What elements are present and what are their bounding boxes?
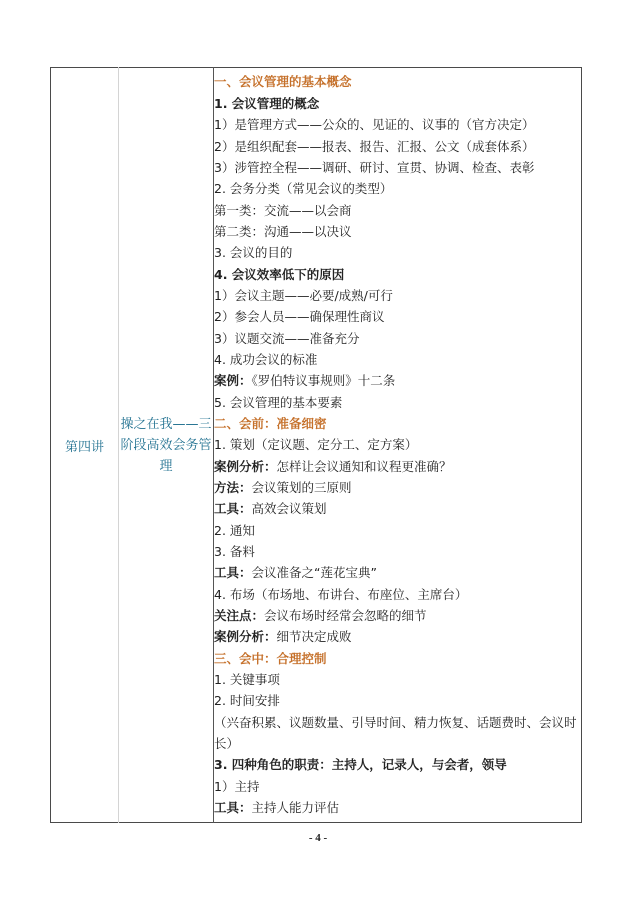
- document-page: 第四讲 操之在我——三阶段高效会务管理 一、会议管理的基本概念1. 会议管理的概…: [0, 0, 636, 900]
- content-line: （兴奋积累、议题数量、引导时间、精力恢复、话题费时、会议时长）: [214, 712, 581, 755]
- line-text: 4. 成功会议的标准: [214, 352, 317, 367]
- lecture-cell: 第四讲: [51, 68, 119, 823]
- line-label: 工具：: [214, 501, 252, 516]
- content-line: 3）涉管控全程——调研、研讨、宣贯、协调、检查、表彰: [214, 157, 581, 178]
- content-line: 3）议题交流——准备充分: [214, 328, 581, 349]
- course-outline-table: 第四讲 操之在我——三阶段高效会务管理 一、会议管理的基本概念1. 会议管理的概…: [50, 67, 582, 823]
- line-text: 第二类：沟通——以决议: [214, 224, 352, 239]
- line-text: 二、会前：准备细密: [214, 416, 327, 431]
- line-text: 1）是管理方式——公众的、见证的、议事的（官方决定）: [214, 117, 534, 132]
- content-line: 2）参会人员——确保理性商议: [214, 306, 581, 327]
- content-line: 方法：会议策划的三原则: [214, 477, 581, 498]
- content-line: 2）是组织配套——报表、报告、汇报、公文（成套体系）: [214, 136, 581, 157]
- line-text: 5. 会议管理的基本要素: [214, 395, 342, 410]
- line-text: 3. 备料: [214, 544, 255, 559]
- line-text: 一、会议管理的基本概念: [214, 74, 352, 89]
- line-text: 会议准备之“莲花宝典”: [252, 565, 377, 580]
- line-text: 2）参会人员——确保理性商议: [214, 309, 384, 324]
- content-line: 2. 会务分类（常见会议的类型）: [214, 178, 581, 199]
- line-text: 2. 通知: [214, 523, 255, 538]
- content-line: 案例：《罗伯特议事规则》十二条: [214, 370, 581, 391]
- page-number: - 4 -: [0, 832, 636, 844]
- line-text: 2）是组织配套——报表、报告、汇报、公文（成套体系）: [214, 139, 534, 154]
- content-line: 4. 成功会议的标准: [214, 349, 581, 370]
- section-heading: 一、会议管理的基本概念: [214, 71, 581, 92]
- line-text: 会议布场时经常会忽略的细节: [264, 608, 427, 623]
- content-line: 3. 备料: [214, 541, 581, 562]
- content-line: 第二类：沟通——以决议: [214, 221, 581, 242]
- content-line: 2. 通知: [214, 520, 581, 541]
- section-heading: 二、会前：准备细密: [214, 413, 581, 434]
- content-line: 1）主持: [214, 776, 581, 797]
- line-text: 1）主持: [214, 779, 259, 794]
- line-text: 主持人能力评估: [252, 800, 340, 815]
- content-line: 案例分析：怎样让会议通知和议程更准确？: [214, 456, 581, 477]
- content-line: 工具：高效会议策划: [214, 498, 581, 519]
- content-line: 第一类：交流——以会商: [214, 200, 581, 221]
- line-text: 2. 时间安排: [214, 693, 280, 708]
- subsection-title: 4. 会议效率低下的原因: [214, 264, 581, 285]
- line-text: 1. 关键事项: [214, 672, 280, 687]
- line-text: （兴奋积累、议题数量、引导时间、精力恢复、话题费时、会议时长）: [214, 715, 577, 751]
- line-text: 1. 会议管理的概念: [214, 96, 319, 111]
- content-lines: 一、会议管理的基本概念1. 会议管理的概念1）是管理方式——公众的、见证的、议事…: [214, 71, 581, 818]
- line-label: 工具：: [214, 565, 252, 580]
- section-heading: 三、会中：合理控制: [214, 648, 581, 669]
- line-label: 案例：: [214, 373, 252, 388]
- line-label: 关注点：: [214, 608, 264, 623]
- content-cell: 一、会议管理的基本概念1. 会议管理的概念1）是管理方式——公众的、见证的、议事…: [214, 68, 582, 823]
- content-line: 1）会议主题——必要/成熟/可行: [214, 285, 581, 306]
- subsection-title: 3. 四种角色的职责：主持人，记录人，与会者，领导: [214, 754, 581, 775]
- content-line: 1. 关键事项: [214, 669, 581, 690]
- line-text: 2. 会务分类（常见会议的类型）: [214, 181, 392, 196]
- line-text: 3）议题交流——准备充分: [214, 331, 359, 346]
- line-label: 案例分析：: [214, 629, 277, 644]
- content-line: 3. 会议的目的: [214, 242, 581, 263]
- content-line: 1. 策划（定议题、定分工、定方案）: [214, 434, 581, 455]
- content-line: 2. 时间安排: [214, 690, 581, 711]
- line-text: 怎样让会议通知和议程更准确？: [277, 459, 452, 474]
- line-label: 工具：: [214, 800, 252, 815]
- line-label: 案例分析：: [214, 459, 277, 474]
- line-text: 4. 会议效率低下的原因: [214, 267, 344, 282]
- line-text: 第一类：交流——以会商: [214, 203, 352, 218]
- line-text: 3. 四种角色的职责：主持人，记录人，与会者，领导: [214, 757, 507, 772]
- subsection-title: 1. 会议管理的概念: [214, 93, 581, 114]
- line-text: 3. 会议的目的: [214, 245, 292, 260]
- line-text: 三、会中：合理控制: [214, 651, 327, 666]
- topic-cell: 操之在我——三阶段高效会务管理: [119, 68, 214, 823]
- line-text: 《罗伯特议事规则》十二条: [252, 373, 396, 388]
- content-line: 工具：主持人能力评估: [214, 797, 581, 818]
- line-text: 会议策划的三原则: [252, 480, 352, 495]
- content-line: 5. 会议管理的基本要素: [214, 392, 581, 413]
- line-label: 方法：: [214, 480, 252, 495]
- line-text: 4. 布场（布场地、布讲台、布座位、主席台）: [214, 587, 467, 602]
- content-line: 工具：会议准备之“莲花宝典”: [214, 562, 581, 583]
- line-text: 3）涉管控全程——调研、研讨、宣贯、协调、检查、表彰: [214, 160, 534, 175]
- line-text: 细节决定成败: [277, 629, 352, 644]
- content-line: 关注点：会议布场时经常会忽略的细节: [214, 605, 581, 626]
- content-line: 4. 布场（布场地、布讲台、布座位、主席台）: [214, 584, 581, 605]
- content-line: 案例分析：细节决定成败: [214, 626, 581, 647]
- line-text: 1）会议主题——必要/成熟/可行: [214, 288, 393, 303]
- line-text: 高效会议策划: [252, 501, 327, 516]
- line-text: 1. 策划（定议题、定分工、定方案）: [214, 437, 417, 452]
- content-line: 1）是管理方式——公众的、见证的、议事的（官方决定）: [214, 114, 581, 135]
- table-row: 第四讲 操之在我——三阶段高效会务管理 一、会议管理的基本概念1. 会议管理的概…: [51, 68, 582, 823]
